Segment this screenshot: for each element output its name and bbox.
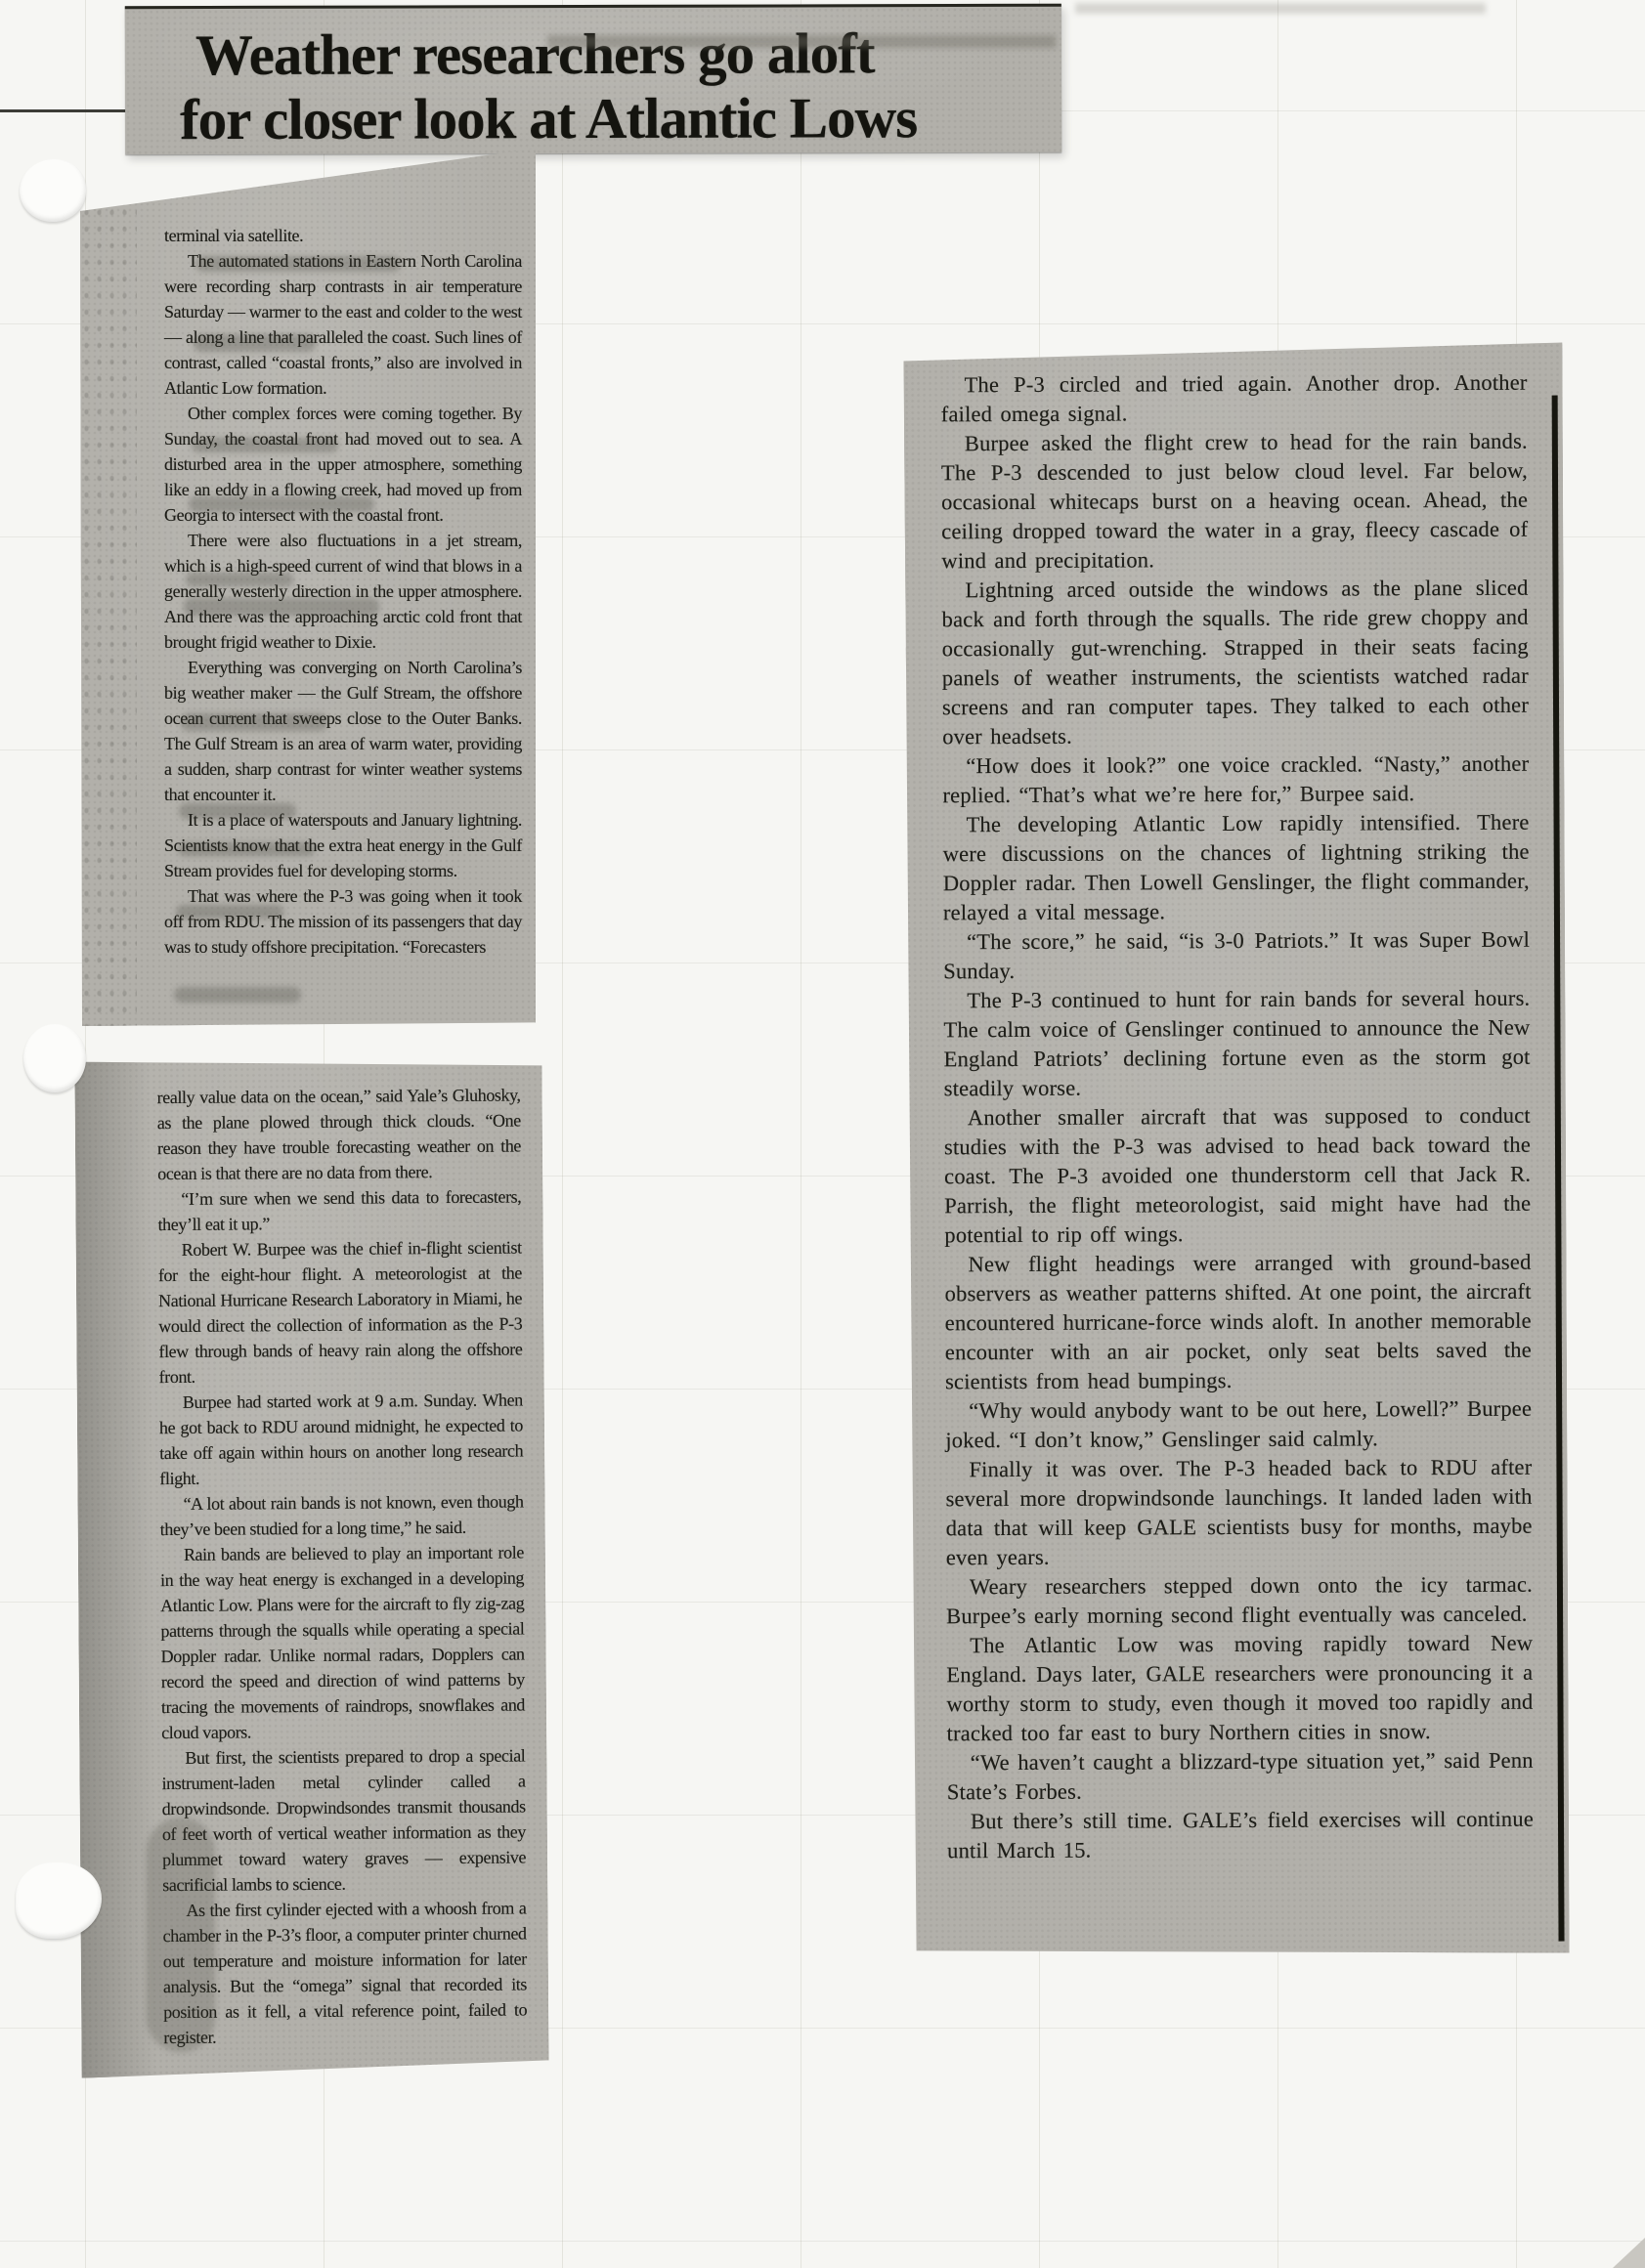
paragraph: Burpee had started work at 9 a.m. Sunday… [159,1387,524,1491]
paragraph: There were also fluctuations in a jet st… [164,528,522,655]
article-column: terminal via satellite.The automated sta… [164,223,522,960]
paragraph: “The score,” he said, “is 3-0 Patriots.”… [943,925,1530,987]
page-rule-line [0,109,135,112]
paragraph: really value data on the ocean,” said Ya… [157,1082,522,1186]
paragraph: The P-3 continued to hunt for rain bands… [943,984,1531,1104]
paragraph: Lightning arced outside the windows as t… [941,574,1529,752]
paragraph: “Why would anybody want to be out here, … [945,1394,1532,1456]
paragraph: That was where the P-3 was going when it… [164,883,522,960]
paragraph: “We haven’t caught a blizzard-type situa… [947,1746,1534,1808]
paragraph: “I’m sure when we send this data to fore… [157,1183,521,1237]
paragraph: But there’s still time. GALE’s field exe… [947,1805,1534,1866]
headline-line-1: Weather researchers go aloft [195,22,1061,85]
paragraph: terminal via satellite. [164,223,522,248]
paragraph: Weary researchers stepped down onto the … [946,1570,1533,1632]
column-divider-rule [1552,396,1565,1942]
paragraph: “A lot about rain bands is not known, ev… [159,1488,523,1542]
paragraph: As the first cylinder ejected with a who… [162,1895,527,2050]
article-column: The P-3 circled and tried again. Another… [941,368,1535,1866]
paragraph: The developing Atlantic Low rapidly inte… [942,808,1530,928]
paragraph: The automated stations in Eastern North … [164,248,522,401]
article-clipping-bottom-left: really value data on the ocean,” said Ya… [74,1058,548,2077]
paragraph: Other complex forces were coming togethe… [164,401,522,528]
punch-hole [20,159,86,222]
paragraph: Burpee asked the flight crew to head for… [941,427,1529,577]
paragraph: Finally it was over. The P-3 headed back… [945,1453,1533,1573]
article-clipping-right: The P-3 circled and tried again. Another… [903,343,1569,1956]
paragraph: Everything was converging on North Carol… [164,655,522,807]
headline-clipping: Weather researchers go aloft for closer … [125,4,1061,155]
paragraph: It is a place of waterspouts and January… [164,807,522,883]
scanned-newspaper-page: Weather researchers go aloft for closer … [0,0,1645,2268]
article-column: really value data on the ocean,” said Ya… [157,1082,528,2050]
paragraph: New flight headings were arranged with g… [944,1248,1532,1397]
paragraph: The P-3 circled and tried again. Another… [941,368,1528,430]
article-clipping-top-left: terminal via satellite.The automated sta… [80,149,536,1026]
paragraph: “How does it look?” one voice crackled. … [942,749,1529,811]
paragraph: But first, the scientists prepared to dr… [161,1742,526,1898]
headline-line-2: for closer look at Atlantic Lows [180,87,1061,150]
paragraph: Rain bands are believed to play an impor… [160,1539,525,1745]
paragraph: Another smaller aircraft that was suppos… [944,1101,1532,1251]
punch-hole [23,1024,86,1092]
paragraph: Robert W. Burpee was the chief in-flight… [158,1234,523,1390]
paragraph: The Atlantic Low was moving rapidly towa… [946,1629,1534,1749]
